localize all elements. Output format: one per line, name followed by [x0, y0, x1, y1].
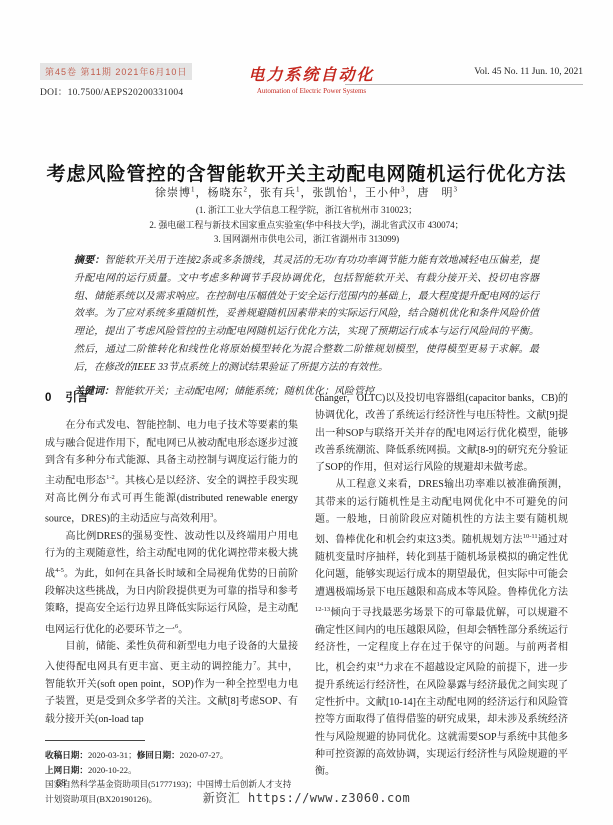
body-paragraph: 在分布式发电、智能控制、电力电子技术等要素的集成与融合促进作用下，配电网已从被动… [45, 417, 298, 527]
section-title: 引言 [65, 390, 88, 407]
page-header: 第45卷 第11期 2021年6月10日 DOI：10.7500/AEPS202… [40, 62, 583, 108]
right-column-paragraphs: changer，OLTC)以及投切电容器组(capacitor banks，CB… [315, 390, 568, 781]
journal-title-cn: 电力系统自动化 [222, 62, 402, 85]
abstract-block: 摘要：智能软开关用于连接2条或多条馈线，其灵活的无功/有功功率调节能力能有效地减… [74, 252, 539, 397]
body-paragraph: 高比例DRES的强易变性、波动性以及终端用户用电行为的主观随意性，给主动配电网的… [45, 528, 298, 638]
journal-page: 第45卷 第11期 2021年6月10日 DOI：10.7500/AEPS202… [0, 0, 613, 825]
affiliations: (1. 浙江工业大学信息工程学院，浙江省杭州市 310023； 2. 强电磁工程… [0, 203, 613, 247]
affiliation-line: (1. 浙江工业大学信息工程学院，浙江省杭州市 310023； [0, 203, 613, 218]
journal-title-en: Automation of Electric Power Systems [222, 87, 402, 95]
affiliation-line: 2. 强电磁工程与新技术国家重点实验室(华中科技大学)，湖北省武汉市 43007… [0, 218, 613, 233]
section-number: 0 [45, 390, 51, 407]
left-column-paragraphs: 在分布式发电、智能控制、电力电子技术等要素的集成与融合促进作用下，配电网已从被动… [45, 417, 298, 728]
authors-line: 徐崇博1，杨晓东2，张有兵1，张凯怡1，王小仲3，唐 明3 [0, 184, 613, 200]
body-paragraph: 目前，储能、柔性负荷和新型电力电子设备的大量接入使得配电网具有更丰富、更主动的调… [45, 638, 298, 728]
footnote-rule [45, 740, 145, 741]
watermark: 新资汇 https://www.z3060.com [0, 789, 613, 806]
journal-logo: 电力系统自动化 Automation of Electric Power Sys… [222, 62, 402, 95]
body-paragraph: 收稿日期：2020-03-31；修回日期：2020-07-27。 [45, 748, 298, 763]
section-heading: 0 引言 [45, 390, 298, 407]
article-title: 考虑风险管控的含智能软开关主动配电网随机运行优化方法 [0, 159, 613, 186]
body-paragraph: 从工程意义来看，DRES输出功率难以被准确预测，其带来的运行随机性是主动配电网优… [315, 476, 568, 780]
body-paragraph: 上网日期：2020-10-22。 [45, 763, 298, 778]
page-number: 68 [56, 778, 66, 789]
affiliation-line: 3. 国网湖州市供电公司，浙江省湖州市 313099) [0, 232, 613, 247]
issue-info-cn: 第45卷 第11期 2021年6月10日 [40, 63, 192, 80]
body-paragraph: changer，OLTC)以及投切电容器组(capacitor banks，CB… [315, 390, 568, 476]
body-columns: 0 引言 在分布式发电、智能控制、电力电子技术等要素的集成与融合促进作用下，配电… [45, 390, 568, 806]
right-column: changer，OLTC)以及投切电容器组(capacitor banks，CB… [315, 390, 568, 806]
abstract-text: 摘要：智能软开关用于连接2条或多条馈线，其灵活的无功/有功功率调节能力能有效地减… [74, 252, 539, 377]
left-column: 0 引言 在分布式发电、智能控制、电力电子技术等要素的集成与融合促进作用下，配电… [45, 390, 298, 806]
issue-info-en: Vol. 45 No. 11 Jun. 10, 2021 [474, 67, 583, 77]
